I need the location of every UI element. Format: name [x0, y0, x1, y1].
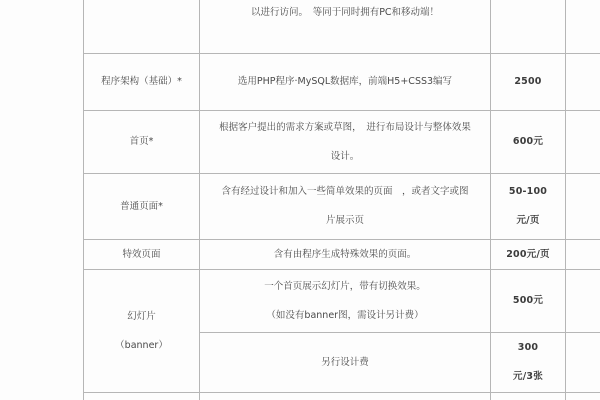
- row-desc-cell: 以进行访问。 等同于同时拥有PC和移动端！: [200, 0, 491, 53]
- row-desc-cell: 根据客户提出的需求方案或草图， 进行布局设计与整体效果 设计。: [200, 110, 491, 173]
- row-price-cell: 600元: [491, 110, 566, 173]
- row-extra-cell: [566, 239, 600, 269]
- row-price-cell: [491, 392, 566, 400]
- row-label-cell: 幻灯片 （banner）: [84, 269, 200, 392]
- row-desc-cell: 一个首页展示幻灯片，带有切换效果。 （如没有banner图，需设计另计费）: [200, 269, 491, 332]
- row-extra-cell: [566, 269, 600, 332]
- row-label-cell: [84, 392, 200, 400]
- row-label-cell: 程序架构（基础）*: [84, 53, 200, 110]
- table-row: 幻灯片 （banner） 一个首页展示幻灯片，带有切换效果。 （如没有banne…: [84, 269, 600, 332]
- row-extra-cell: [566, 0, 600, 53]
- row-desc-cell: 选用PHP程序·MySQL数据库，前端H5+CSS3编写: [200, 53, 491, 110]
- row-label-cell: [84, 0, 200, 53]
- row-desc-cell: 含有经过设计和加入一些简单效果的页面 ，或者文字或图 片展示页: [200, 173, 491, 239]
- row-extra-cell: [566, 110, 600, 173]
- row-label-cell: 首页*: [84, 110, 200, 173]
- row-price-cell: 500元: [491, 269, 566, 332]
- row-price-cell: 50-100 元/页: [491, 173, 566, 239]
- row-desc-cell: [200, 392, 491, 400]
- row-price-cell: 200元/页: [491, 239, 566, 269]
- row-price-cell: 300 元/3张: [491, 332, 566, 392]
- row-desc-cell: 含有由程序生成特殊效果的页面。: [200, 239, 491, 269]
- table-row: 特效页面 含有由程序生成特殊效果的页面。 200元/页: [84, 239, 600, 269]
- table-row: 程序架构（基础）* 选用PHP程序·MySQL数据库，前端H5+CSS3编写 2…: [84, 53, 600, 110]
- row-extra-cell: [566, 173, 600, 239]
- table-row: [84, 392, 600, 400]
- pricing-table: 以进行访问。 等同于同时拥有PC和移动端！ 程序架构（基础）* 选用PHP程序·…: [83, 0, 600, 400]
- row-label-cell: 普通页面*: [84, 173, 200, 239]
- row-extra-cell: [566, 53, 600, 110]
- row-extra-cell: [566, 332, 600, 392]
- row-desc-cell: 另行设计费: [200, 332, 491, 392]
- row-price-cell: [491, 0, 566, 53]
- table-row: 普通页面* 含有经过设计和加入一些简单效果的页面 ，或者文字或图 片展示页 50…: [84, 173, 600, 239]
- table-row: 首页* 根据客户提出的需求方案或草图， 进行布局设计与整体效果 设计。 600元: [84, 110, 600, 173]
- row-extra-cell: [566, 392, 600, 400]
- table-row: 以进行访问。 等同于同时拥有PC和移动端！: [84, 0, 600, 53]
- row-label-cell: 特效页面: [84, 239, 200, 269]
- row-price-cell: 2500: [491, 53, 566, 110]
- document-page: 以进行访问。 等同于同时拥有PC和移动端！ 程序架构（基础）* 选用PHP程序·…: [0, 0, 600, 400]
